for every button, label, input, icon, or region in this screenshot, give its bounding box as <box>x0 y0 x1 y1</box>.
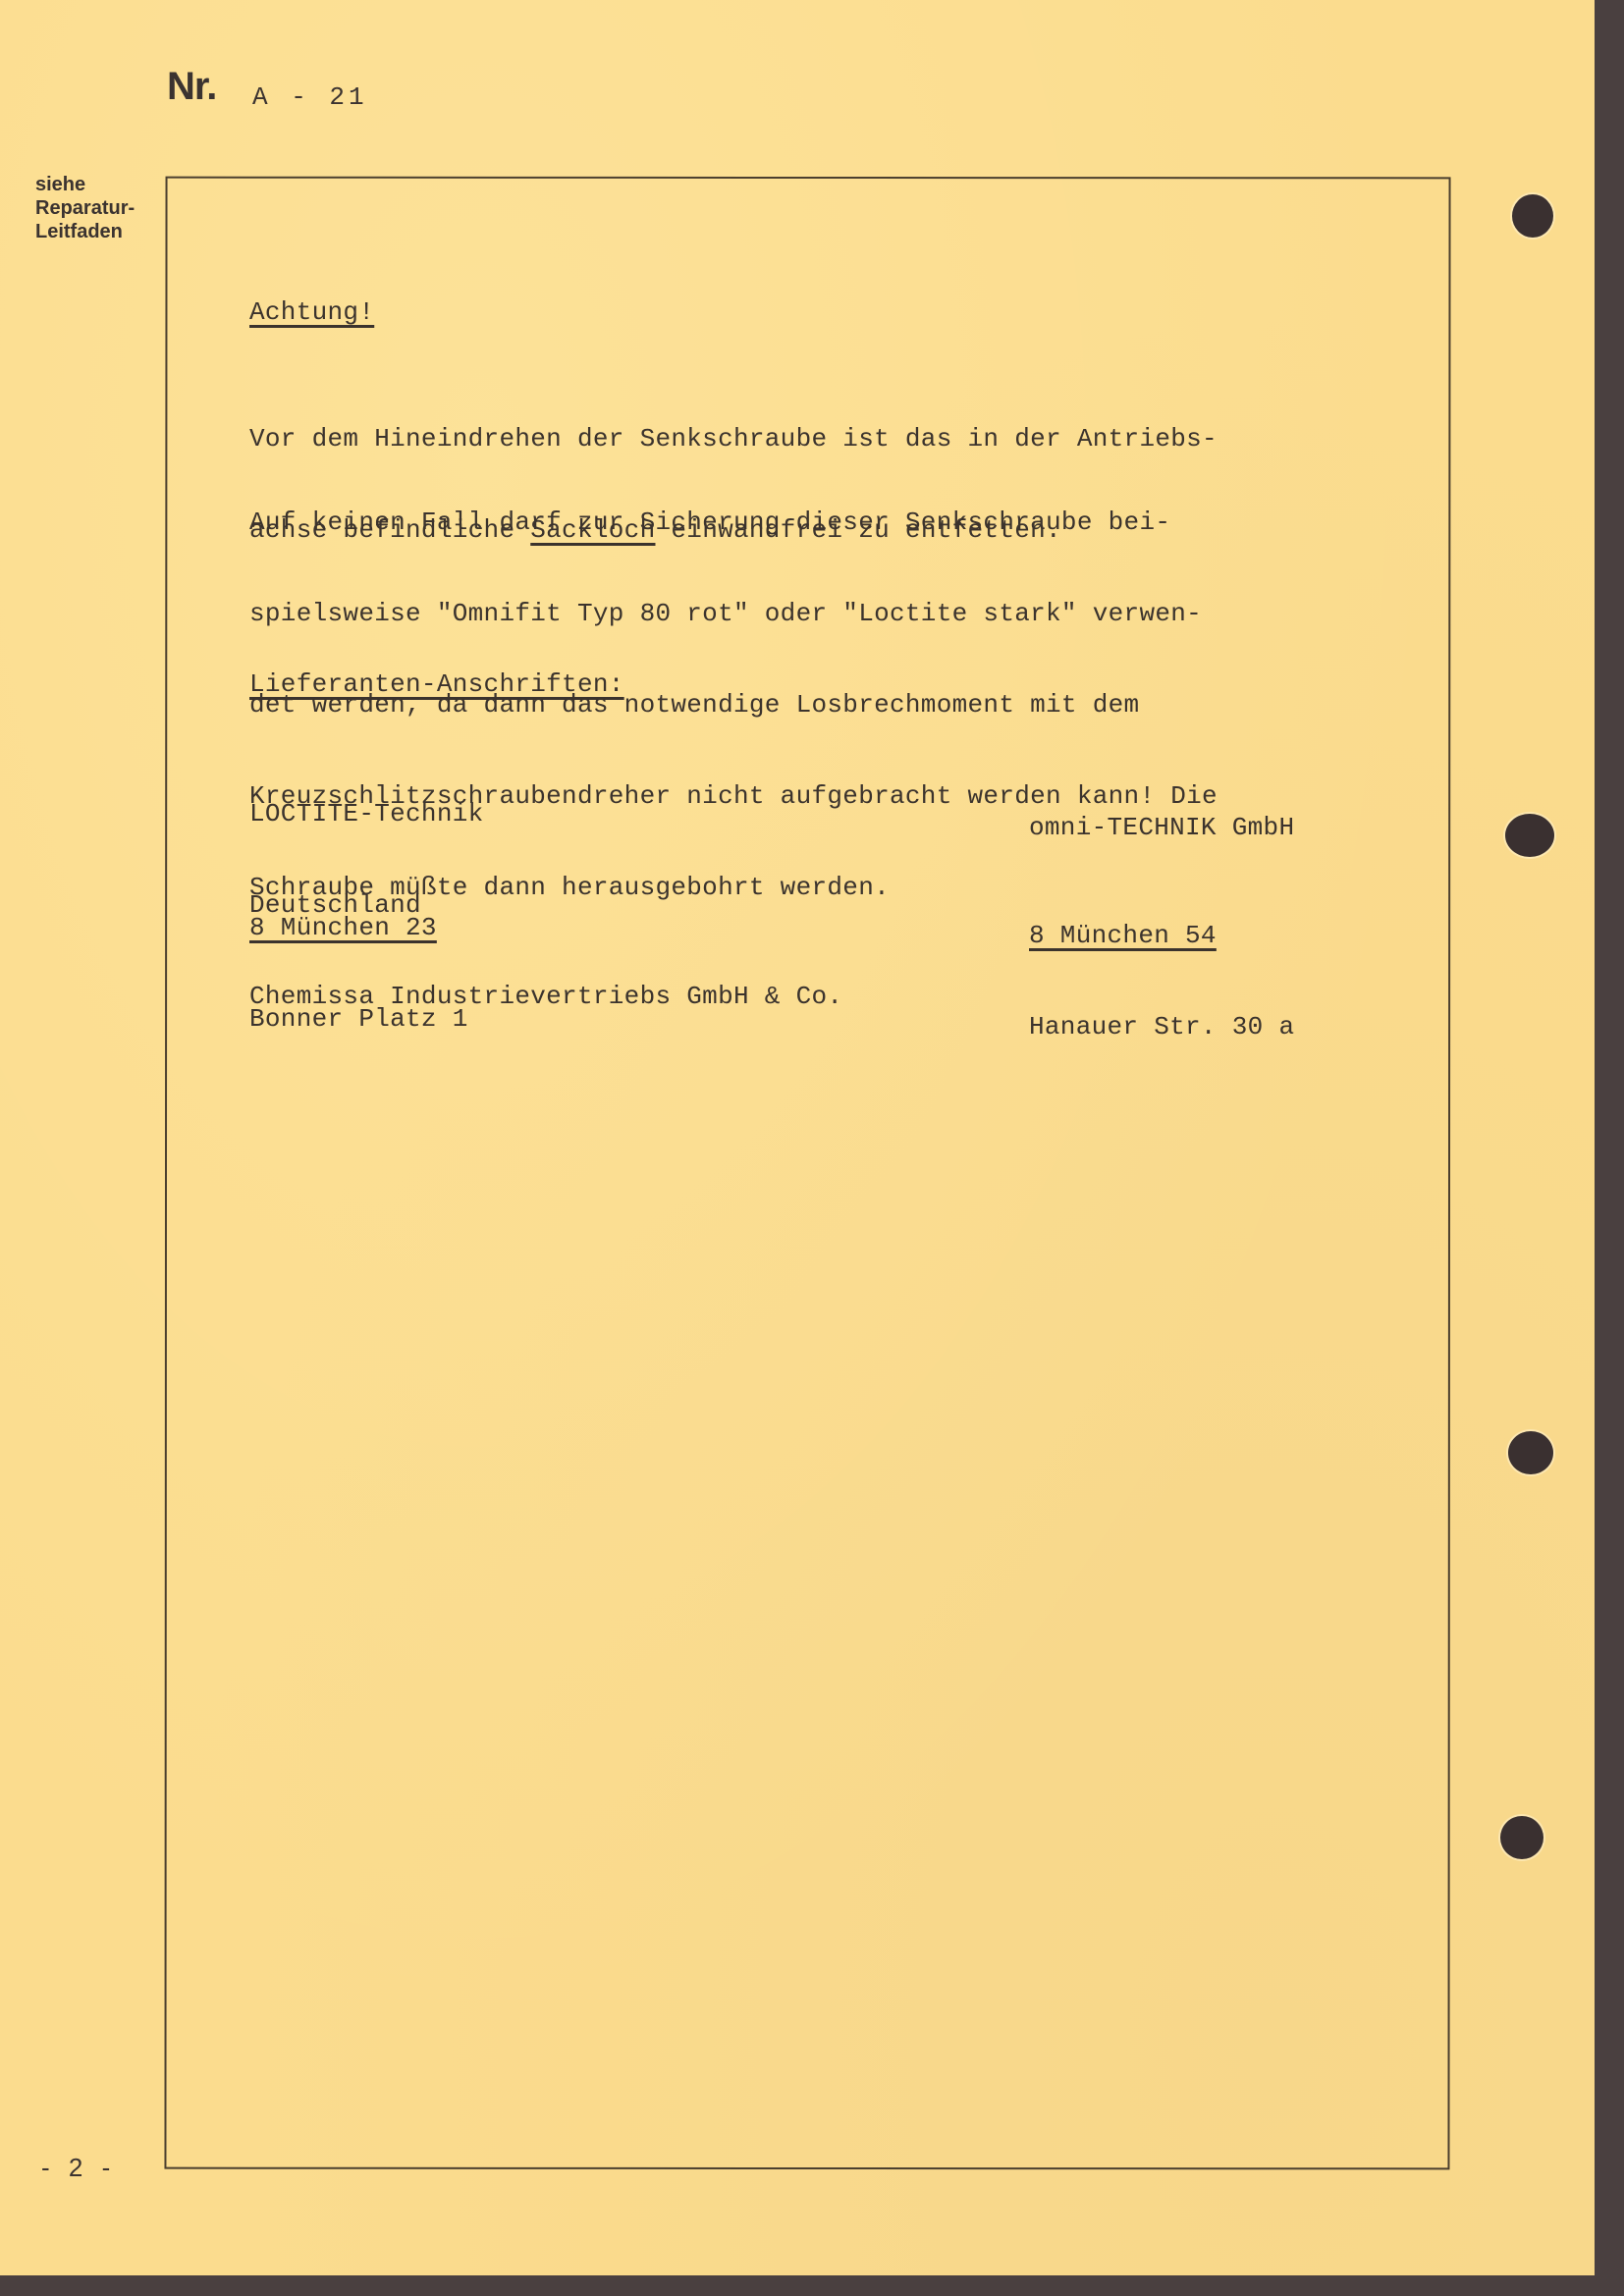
suppliers-heading: Lieferanten-Anschriften: <box>249 669 624 699</box>
side-note-line: Reparatur- <box>35 196 135 220</box>
paragraph-line: Auf keinen Fall darf zur Sicherung diese… <box>249 507 1218 538</box>
punch-hole-icon <box>1512 194 1553 238</box>
document-number-value: A - 21 <box>252 82 368 112</box>
address-city: 8 München 54 <box>1029 921 1294 951</box>
punch-hole-icon <box>1508 1431 1553 1474</box>
paragraph-line: spielsweise "Omnifit Typ 80 rot" oder "L… <box>249 599 1218 629</box>
page-number: - 2 - <box>41 2153 116 2183</box>
address-line: LOCTITE-Technik <box>249 799 842 829</box>
document-number-label: Nr. <box>167 65 216 109</box>
document-page: Nr. A - 21 siehe Reparatur- Leitfaden Ac… <box>0 0 1595 2275</box>
address-street: Bonner Platz 1 <box>249 1004 468 1035</box>
supplier-address-omni-location: 8 München 54 Hanauer Str. 30 a <box>1029 860 1294 1103</box>
side-note-line: siehe <box>35 173 135 196</box>
punch-hole-icon <box>1505 814 1554 857</box>
warning-heading: Achtung! <box>249 297 374 327</box>
supplier-address-loctite-location: 8 München 23 Bonner Platz 1 <box>249 852 468 1095</box>
side-note-line: Leitfaden <box>35 220 135 243</box>
side-note: siehe Reparatur- Leitfaden <box>35 173 135 243</box>
punch-hole-icon <box>1500 1816 1543 1859</box>
address-street: Hanauer Str. 30 a <box>1029 1012 1294 1042</box>
supplier-name-omni: omni-TECHNIK GmbH <box>1029 813 1294 842</box>
address-city: 8 München 23 <box>249 913 468 943</box>
